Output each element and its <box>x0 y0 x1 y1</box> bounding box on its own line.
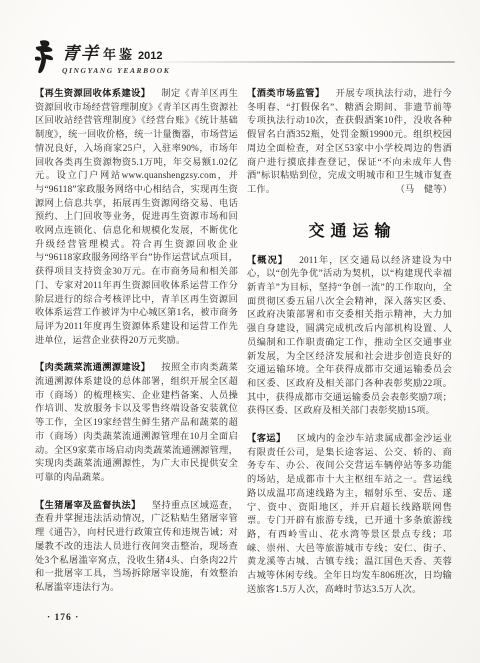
masthead-text: 青羊 年鉴 2012 QINGYANG YEARBOOK <box>62 39 170 75</box>
section-passenger-transport: 【客运】区域内的金沙车站隶属成都金沙运业有限责任公司，是集长途客运、公交、轿的、… <box>247 432 452 596</box>
page-header: 青羊 年鉴 2012 QINGYANG YEARBOOK <box>32 39 170 75</box>
left-column: 【再生资源回收体系建设】制定《青羊区再生资源回收市场经营管理制度》《青羊区再生资… <box>35 87 238 609</box>
section-text: 按照全市肉类蔬菜流通溯源体系建设的总体部署，组织开展全区超市（商场）的梳理核实、… <box>35 362 238 482</box>
logo-script: 青羊 <box>61 39 101 64</box>
section-text: 坚持重点区域巡查，查看并掌握违法活动情况，广泛粘贴生猪屠宰管理《通告》，向村民进… <box>35 500 238 592</box>
logo-subtitle: QINGYANG YEARBOOK <box>62 66 170 75</box>
section-liquor-market: 【酒类市场监管】开展专项执法行动，进行今冬明春、“打假保名”、糖酒会期间、非遗节… <box>247 87 452 197</box>
section-text: 区域内的金沙车站隶属成都金沙运业有限责任公司，是集长途客运、公交、轿的、商务专车… <box>247 433 452 594</box>
section-overview: 【概况】2011年，区交通局以经济建设为中心，以“创先争优”活动为契机，以“构建… <box>247 254 452 418</box>
section-title: 【酒类市场监管】 <box>247 88 325 98</box>
section-recycling-system: 【再生资源回收体系建设】制定《青羊区再生资源回收市场经营管理制度》《青羊区再生资… <box>35 87 238 347</box>
right-column: 【酒类市场监管】开展专项执法行动，进行今冬明春、“打假保名”、糖酒会期间、非遗节… <box>247 87 452 611</box>
logo-title: 年鉴 <box>103 44 135 63</box>
section-title: 【概况】 <box>247 255 288 265</box>
byline: （马 健等） <box>396 183 452 197</box>
section-text: 制定《青羊区再生资源回收市场经营管理制度》《青羊区再生资源社区回收站经营管理制度… <box>35 88 238 345</box>
section-title: 【生猪屠宰及监督执法】 <box>35 500 141 510</box>
section-title: 【再生资源回收体系建设】 <box>35 88 150 98</box>
chapter-heading-transport: 交通运输 <box>247 218 452 241</box>
page-number: · 176 · <box>47 613 79 623</box>
section-pig-slaughter-enforcement: 【生猪屠宰及监督执法】坚持重点区域巡查，查看并掌握违法活动情况，广泛粘贴生猪屠宰… <box>35 499 238 595</box>
section-text: 开展专项执法行动，进行今冬明春、“打假保名”、糖酒会期间、非遗节前等专项执法行动… <box>247 88 452 194</box>
section-title: 【肉类蔬菜流通溯源建设】 <box>35 362 150 372</box>
section-title: 【客运】 <box>247 433 286 443</box>
header-rule <box>150 61 455 63</box>
section-meat-vegetable-trace: 【肉类蔬菜流通溯源建设】按照全市肉类蔬菜流通溯源体系建设的总体部署，组织开展全区… <box>35 361 238 484</box>
yearbook-logo-icon <box>32 39 58 75</box>
section-text: 2011年，区交通局以经济建设为中心，以“创先争优”活动为契机，以“构建现代幸福… <box>247 255 452 416</box>
yearbook-page: 青羊 年鉴 2012 QINGYANG YEARBOOK 【再生资源回收体系建设… <box>0 0 480 663</box>
